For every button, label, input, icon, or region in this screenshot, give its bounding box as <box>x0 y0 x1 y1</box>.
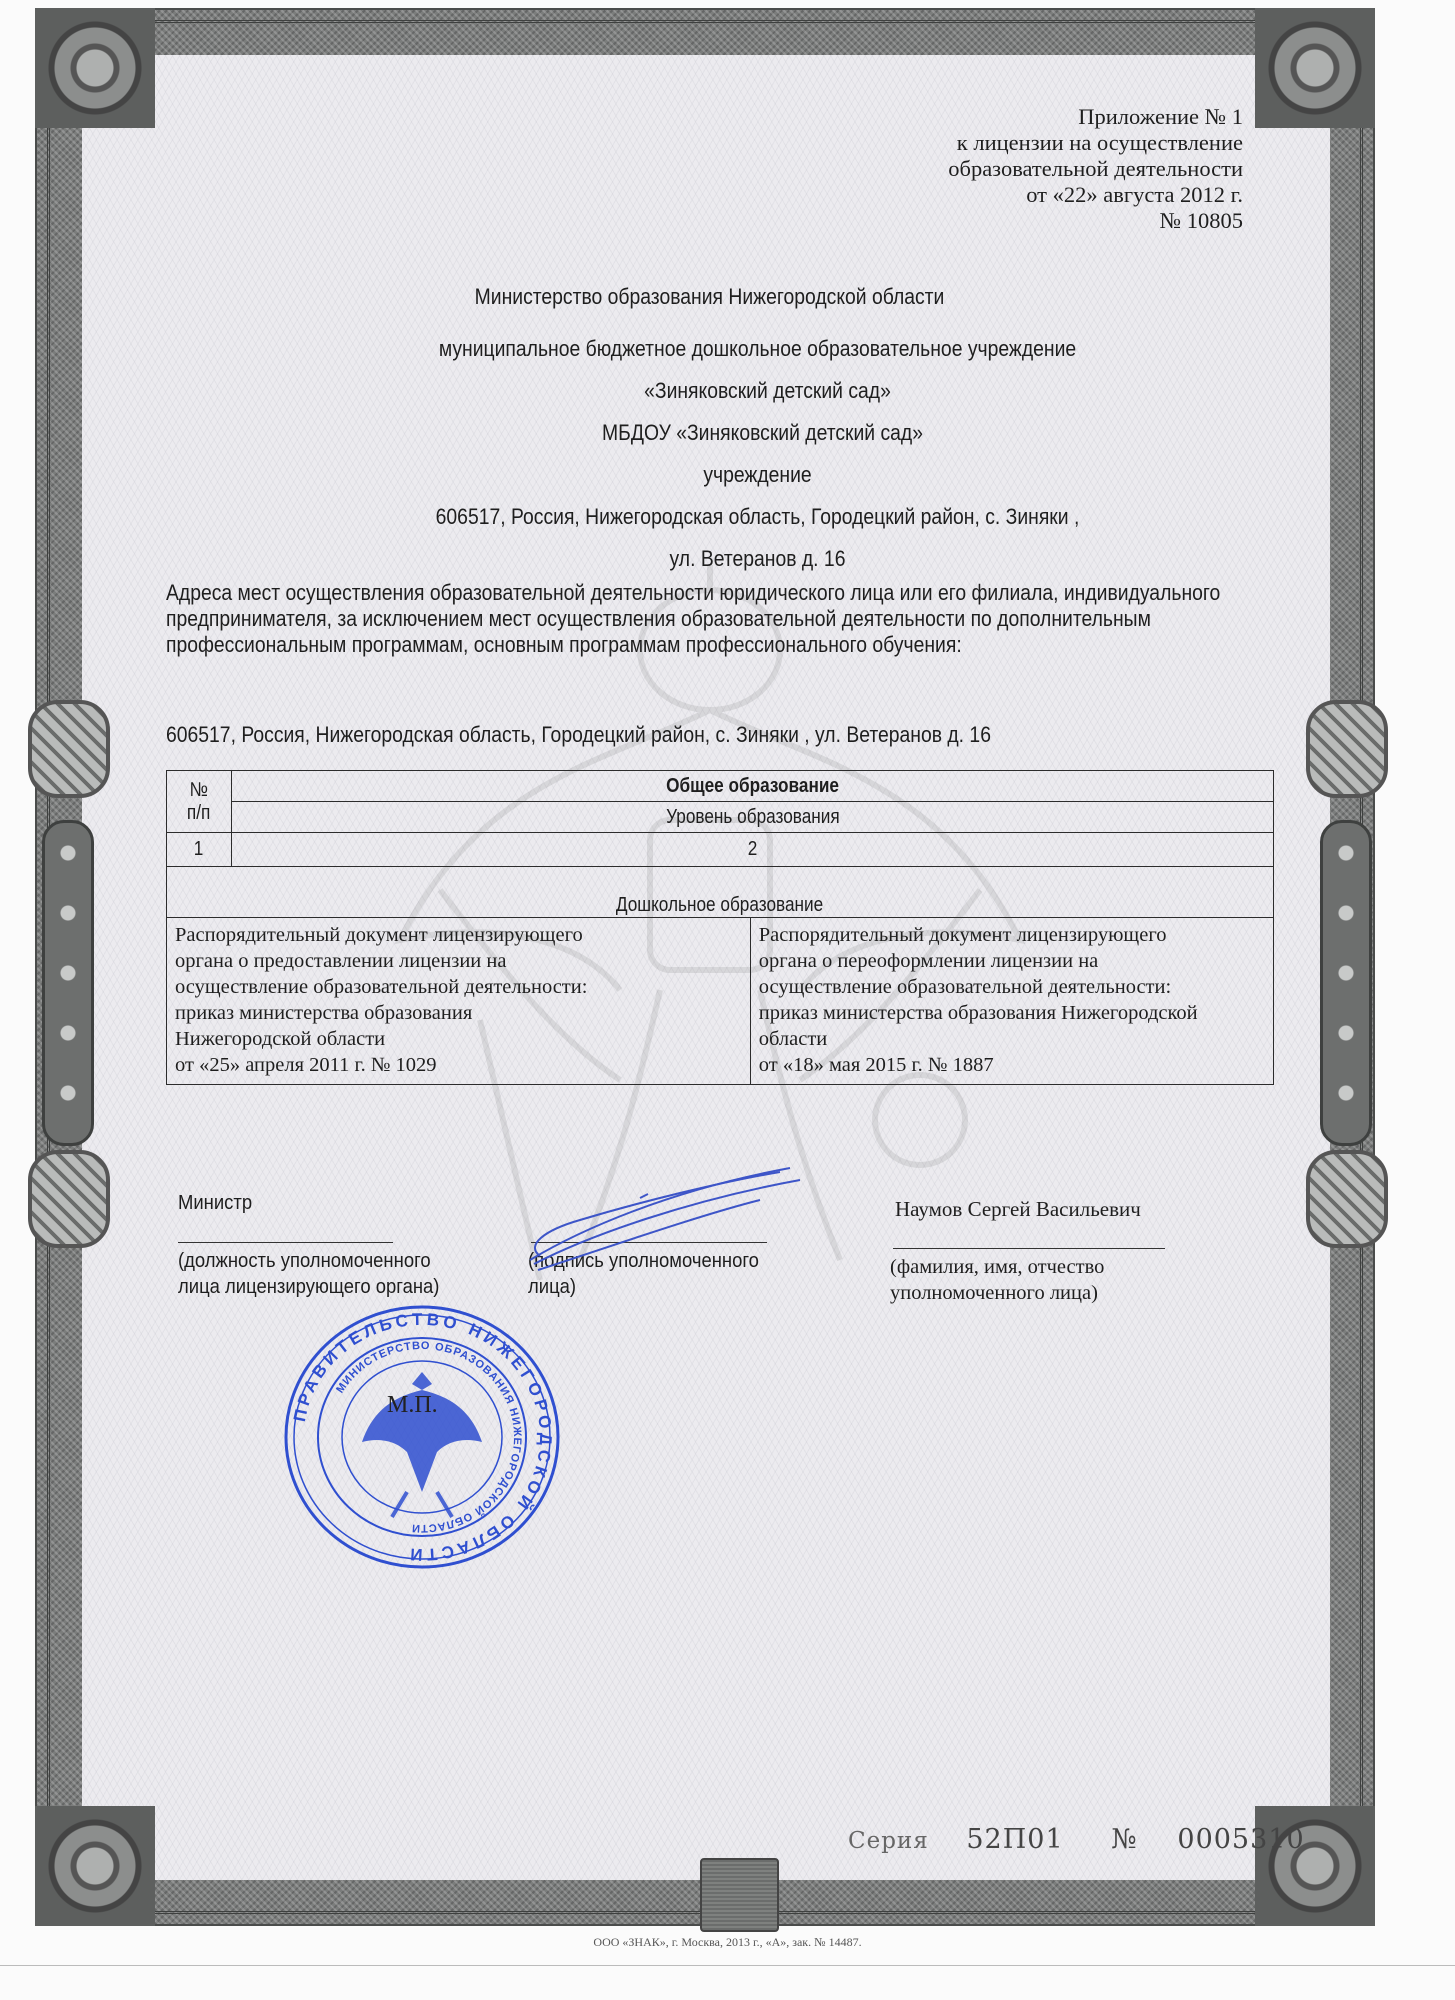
license-number: № 10805 <box>948 208 1243 234</box>
position-caption: (должность уполномоченного лица лицензир… <box>178 1248 439 1300</box>
side-star-panel <box>1320 820 1372 1146</box>
org-address-line2: ул. Ветеранов д. 16 <box>132 546 1383 572</box>
col-index-2: 2 <box>232 833 1274 867</box>
col-index-1: 1 <box>167 833 232 867</box>
org-full-name: муниципальное бюджетное дошкольное образ… <box>132 336 1383 362</box>
appendix-line: к лицензии на осуществление <box>948 130 1243 156</box>
printer-note: ООО «ЗНАК», г. Москва, 2013 г., «А», зак… <box>0 1935 1455 1950</box>
ministry-name: Министерство образования Нижегородской о… <box>84 284 1335 310</box>
corner-ornament-icon <box>1255 8 1375 128</box>
col-index-text: 2 <box>748 838 758 861</box>
grant-document-line: приказ министерства образования <box>175 1000 742 1026</box>
appendix-line: Приложение № 1 <box>948 104 1243 130</box>
handwritten-signature-icon <box>520 1160 820 1280</box>
education-level: Дошкольное образование <box>167 867 1274 918</box>
series-label: Серия <box>848 1828 929 1854</box>
col-no-header: № п/п <box>167 771 232 833</box>
name-caption: (фамилия, имя, отчество уполномоченного … <box>890 1254 1104 1306</box>
license-table: № п/п Общее образование Уровень образова… <box>166 770 1274 1085</box>
level-header-text: Уровень образования <box>666 806 840 829</box>
level-header: Уровень образования <box>232 802 1274 833</box>
number-sign: № <box>1111 1824 1138 1855</box>
seal-label: М.П. <box>387 1392 438 1419</box>
reissue-document-line: от «18» мая 2015 г. № 1887 <box>759 1052 1265 1078</box>
reissue-document-line: осуществление образовательной деятельнос… <box>759 974 1265 1000</box>
grant-document-cell: Распорядительный документ лицензирующего… <box>167 918 751 1085</box>
caption-line: лица лицензирующего органа) <box>178 1274 439 1300</box>
caption-line: (фамилия, имя, отчество <box>890 1254 1104 1280</box>
page-edge-line <box>0 1965 1455 1966</box>
corner-ornament-icon <box>35 8 155 128</box>
knot-ornament-icon <box>28 700 110 798</box>
knot-ornament-icon <box>28 1150 110 1248</box>
reissue-document-cell: Распорядительный документ лицензирующего… <box>750 918 1273 1085</box>
knot-ornament-icon <box>1306 1150 1388 1248</box>
bottom-frame-tab <box>700 1858 779 1932</box>
col-index-text: 1 <box>194 838 204 861</box>
caption-line: (должность уполномоченного <box>178 1248 439 1274</box>
corner-ornament-icon <box>35 1806 155 1926</box>
col-no-header-line: № <box>190 779 208 802</box>
series-value: 52П01 <box>966 1824 1063 1855</box>
education-level-text: Дошкольное образование <box>616 894 823 917</box>
grant-document-line: Нижегородской области <box>175 1026 742 1052</box>
grant-document-line: органа о предоставлении лицензии на <box>175 948 742 974</box>
side-star-panel <box>42 820 94 1146</box>
section-title: Общее образование <box>232 771 1274 802</box>
appendix-line: образовательной деятельности <box>948 156 1243 182</box>
reissue-document-line: приказ министерства образования Нижегоро… <box>759 1000 1265 1026</box>
org-address-line1: 606517, Россия, Нижегородская область, Г… <box>132 504 1383 530</box>
org-quoted-name: «Зиняковский детский сад» <box>142 378 1393 404</box>
name-underline <box>893 1248 1165 1249</box>
official-full-name: Наумов Сергей Васильевич <box>895 1196 1141 1222</box>
org-type: учреждение <box>132 462 1383 488</box>
reissue-document-line: органа о переоформлении лицензии на <box>759 948 1265 974</box>
position-underline <box>178 1242 393 1243</box>
reissue-document-line: Распорядительный документ лицензирующего <box>759 922 1265 948</box>
appendix-reference: Приложение № 1 к лицензии на осуществлен… <box>948 104 1243 234</box>
org-short-name: МБДОУ «Зиняковский детский сад» <box>137 420 1388 446</box>
caption-line: уполномоченного лица) <box>890 1280 1104 1306</box>
grant-document-line: от «25» апреля 2011 г. № 1029 <box>175 1052 742 1078</box>
col-no-header-line: п/п <box>187 802 210 825</box>
form-series-number: Серия 52П01 № 0005310 <box>848 1824 1305 1855</box>
form-number: 0005310 <box>1177 1824 1304 1855</box>
official-seal-stamp-icon: ПРАВИТЕЛЬСТВО НИЖЕГОРОДСКОЙ ОБЛАСТИ МИНИ… <box>282 1302 562 1572</box>
official-position: Министр <box>178 1190 252 1216</box>
reissue-document-line: области <box>759 1026 1265 1052</box>
grant-document-line: Распорядительный документ лицензирующего <box>175 922 742 948</box>
appendix-line: от «22» августа 2012 г. <box>948 182 1243 208</box>
locations-paragraph: Адреса мест осуществления образовательно… <box>166 580 1310 658</box>
location-address: 606517, Россия, Нижегородская область, Г… <box>166 722 991 748</box>
grant-document-line: осуществление образовательной деятельнос… <box>175 974 742 1000</box>
section-title-text: Общее образование <box>666 775 839 798</box>
knot-ornament-icon <box>1306 700 1388 798</box>
